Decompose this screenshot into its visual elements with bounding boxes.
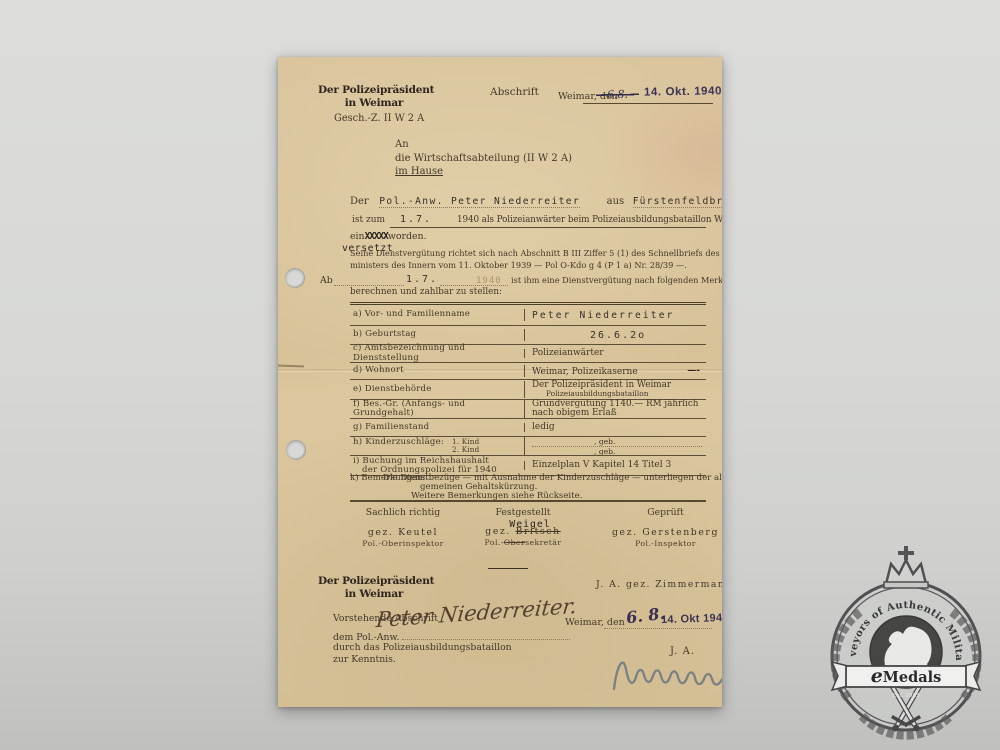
signature-col-geprueft: Geprüft gez. Gerstenberg Pol.-Inspektor xyxy=(608,507,722,548)
row-h-geb2: , geb. xyxy=(594,447,615,457)
photo-background: Der Polizeipräsident in Weimar Gesch.-Z.… xyxy=(0,0,1000,750)
date-rule xyxy=(583,103,713,104)
row-i-label-cell: i) Buchung im Reichshaushalt der Ordnung… xyxy=(350,457,524,475)
row-f-value-cell: Grundvergütung 1140.— RM jährlich nach o… xyxy=(524,400,706,418)
footer-letterhead-line2: in Weimar xyxy=(318,588,430,601)
footer-date-stamp: 14. Okt 1940 xyxy=(661,612,722,626)
brand-e: e xyxy=(871,665,883,687)
table-row: e) Dienstbehörde Der Polizeipräsident in… xyxy=(350,380,706,400)
row-c-value: Polizeianwärter xyxy=(524,349,706,359)
section-rule xyxy=(350,500,706,502)
ab-date: 1.7. xyxy=(406,274,438,285)
recipient-in-house: im Hause xyxy=(395,165,572,179)
para-line2: ministers des Innern vom 11. Oktober 193… xyxy=(350,260,687,270)
row-d-value-cell: Weimar, Polizeikaserne —- xyxy=(524,365,706,378)
row-g-label: g) Familienstand xyxy=(350,423,524,433)
sig2-title: Festgestellt xyxy=(468,507,578,518)
punch-hole-top xyxy=(285,268,305,288)
ab-prefix: Ab xyxy=(320,275,333,286)
body-line3-pre: ein xyxy=(350,231,365,242)
row-a-value-cell: Peter Niederreiter xyxy=(524,309,706,321)
banner-ribbon: eMedals xyxy=(832,662,980,690)
letterhead-line2: in Weimar xyxy=(318,97,430,110)
notice-line3: durch das Polizeiausbildungsbataillon xyxy=(333,642,512,653)
row-i-value: Einzelplan V Kapitel 14 Titel 3 xyxy=(524,461,706,471)
body-line2-date: 1.7. xyxy=(400,214,432,225)
overtyped-word: XXXXX xyxy=(365,231,388,242)
table-row: f) Bes.-Gr. (Anfangs- und Grundgehalt) G… xyxy=(350,400,706,419)
pencil-signature-scribble xyxy=(608,645,722,700)
ab-dotted-1 xyxy=(334,275,404,286)
established-text: Est. 1985 xyxy=(892,693,920,699)
punch-hole-bottom xyxy=(286,440,306,460)
letterhead: Der Polizeipräsident in Weimar xyxy=(318,84,430,110)
body-line2-rule xyxy=(390,227,706,228)
table-row: c) Amtsbezeichnung und Dienststellung Po… xyxy=(350,345,706,363)
recipient-to: An xyxy=(395,138,572,152)
sig3-role: Pol.-Inspektor xyxy=(608,539,722,548)
body-line1-prefix: Der xyxy=(350,196,369,207)
row-h-value-cell: , geb. , geb. xyxy=(524,437,706,456)
fold-crack xyxy=(278,365,304,368)
body-line2-prefix: ist zum xyxy=(352,215,385,225)
body-line3-post: worden. xyxy=(388,231,427,242)
personnel-table: a) Vor- und Familienname Peter Niederrei… xyxy=(350,302,706,476)
row-a-label: a) Vor- und Familienname xyxy=(350,310,524,320)
document-paper: Der Polizeipräsident in Weimar Gesch.-Z.… xyxy=(278,57,722,707)
date-stamp: 14. Okt. 1940 xyxy=(644,85,722,98)
row-d-dashes: —- xyxy=(687,367,700,377)
row-f-label: f) Bes.-Gr. (Anfangs- und Grundgehalt) xyxy=(350,400,524,419)
sig2-role-post: sekretär xyxy=(525,538,561,547)
row-b-label: b) Geburtstag xyxy=(350,330,524,340)
row-h-geb1-line: , geb. xyxy=(532,437,702,447)
recipient-block: An die Wirtschaftsabteilung (II W 2 A) i… xyxy=(395,138,572,179)
footer-letterhead: Der Polizeipräsident in Weimar xyxy=(318,575,430,601)
row-h-sublabels: 1. Kind 2. Kind xyxy=(452,438,479,454)
row-b-value: 26.6.2o xyxy=(590,330,646,341)
sig2-role-struck: Ober xyxy=(504,538,525,547)
row-h-geb2-line: , geb. xyxy=(532,447,702,456)
row-d-value: Weimar, Polizeikaserne xyxy=(532,367,638,377)
table-row: d) Wohnort Weimar, Polizeikaserne —- xyxy=(350,363,706,380)
sig1-title: Sachlich richtig xyxy=(348,507,458,518)
body-line1: Der Pol.-Anw. Peter Niederreiter aus Für… xyxy=(350,196,722,207)
para-line1: Seine Dienstvergütung richtet sich nach … xyxy=(350,248,722,258)
sig1-name: gez. Keutel xyxy=(348,527,458,538)
row-c-label: c) Amtsbezeichnung und Dienststellung xyxy=(350,344,524,363)
sig2-name: gez. Britsch xyxy=(468,526,578,537)
body-line1-from: aus xyxy=(607,196,625,207)
row-h-sub2: 2. Kind xyxy=(452,446,479,454)
row-d-label: d) Wohnort xyxy=(350,366,524,376)
body-line3: einXXXXXworden. xyxy=(350,231,427,242)
table-row: h) Kinderzuschläge: 1. Kind 2. Kind , ge… xyxy=(350,437,706,456)
sig2-role-pre: Pol.- xyxy=(485,538,504,547)
row-e-value-cell: Der Polizeipräsident in Weimar Polizeiau… xyxy=(524,381,706,398)
sig1-role: Pol.-Oberinspektor xyxy=(348,539,458,548)
ia-gez-zimmermann: J. A. gez. Zimmermann xyxy=(596,579,722,590)
ab-line2: berechnen und zahlbar zu stellen: xyxy=(350,287,502,297)
body-line2-rest: 1940 als Polizeianwärter beim Polizeiaus… xyxy=(457,215,722,225)
brand-rest: Medals xyxy=(883,669,941,686)
table-row: g) Familienstand ledig xyxy=(350,419,706,437)
emedals-watermark: Purveyors of Authentic Militaria eMedals xyxy=(818,540,994,746)
sig2-role: Pol.-Obersekretär xyxy=(468,538,578,547)
row-b-value-cell: 26.6.2o xyxy=(524,329,706,341)
body-line1-name: Pol.-Anw. Peter Niederreiter xyxy=(379,196,580,208)
recipient-department: die Wirtschaftsabteilung (II W 2 A) xyxy=(395,152,572,166)
signature-col-sachlich: Sachlich richtig gez. Keutel Pol.-Oberin… xyxy=(348,507,458,548)
reference-number: Gesch.-Z. II W 2 A xyxy=(334,113,424,124)
row-h-label: h) Kinderzuschläge: xyxy=(353,438,444,454)
crown-icon xyxy=(884,546,928,588)
row-h-geb1: , geb. xyxy=(594,437,615,447)
row-a-value: Peter Niederreiter xyxy=(532,310,675,321)
ab-rest: ist ihm eine Dienstvergütung nach folgen… xyxy=(511,275,722,285)
signature-col-festgestellt: Festgestellt Weigel gez. Britsch Pol.-Ob… xyxy=(468,507,578,547)
sig3-title: Geprüft xyxy=(608,507,722,518)
letterhead-line1: Der Polizeipräsident xyxy=(318,84,430,97)
sig3-name: gez. Gerstenberg xyxy=(608,527,722,538)
notice-dotted-line xyxy=(402,630,570,640)
sig2-name-struck: Britsch xyxy=(516,526,561,537)
row-f-value2: nach obigem Erlaß xyxy=(532,409,706,418)
ab-ghost-year: 1940 xyxy=(476,276,502,286)
footer-letterhead-line1: Der Polizeipräsident xyxy=(318,575,430,588)
struck-date: 6.8. xyxy=(596,88,639,102)
sig2-gez: gez. xyxy=(485,526,511,537)
copy-label: Abschrift xyxy=(490,86,539,98)
row-h-label-cell: h) Kinderzuschläge: 1. Kind 2. Kind xyxy=(350,438,524,454)
table-row: a) Vor- und Familienname Peter Niederrei… xyxy=(350,305,706,326)
body-line1-city: Fürstenfeldbruck xyxy=(633,196,722,208)
separator-dash xyxy=(488,568,528,569)
notice-line4: zur Kenntnis. xyxy=(333,654,396,665)
row-e-label: e) Dienstbehörde xyxy=(350,385,524,395)
row-g-value: ledig xyxy=(524,423,706,433)
brand-text: eMedals xyxy=(871,665,942,687)
row-e-value2: Polizeiausbildungsbataillon xyxy=(546,390,706,399)
